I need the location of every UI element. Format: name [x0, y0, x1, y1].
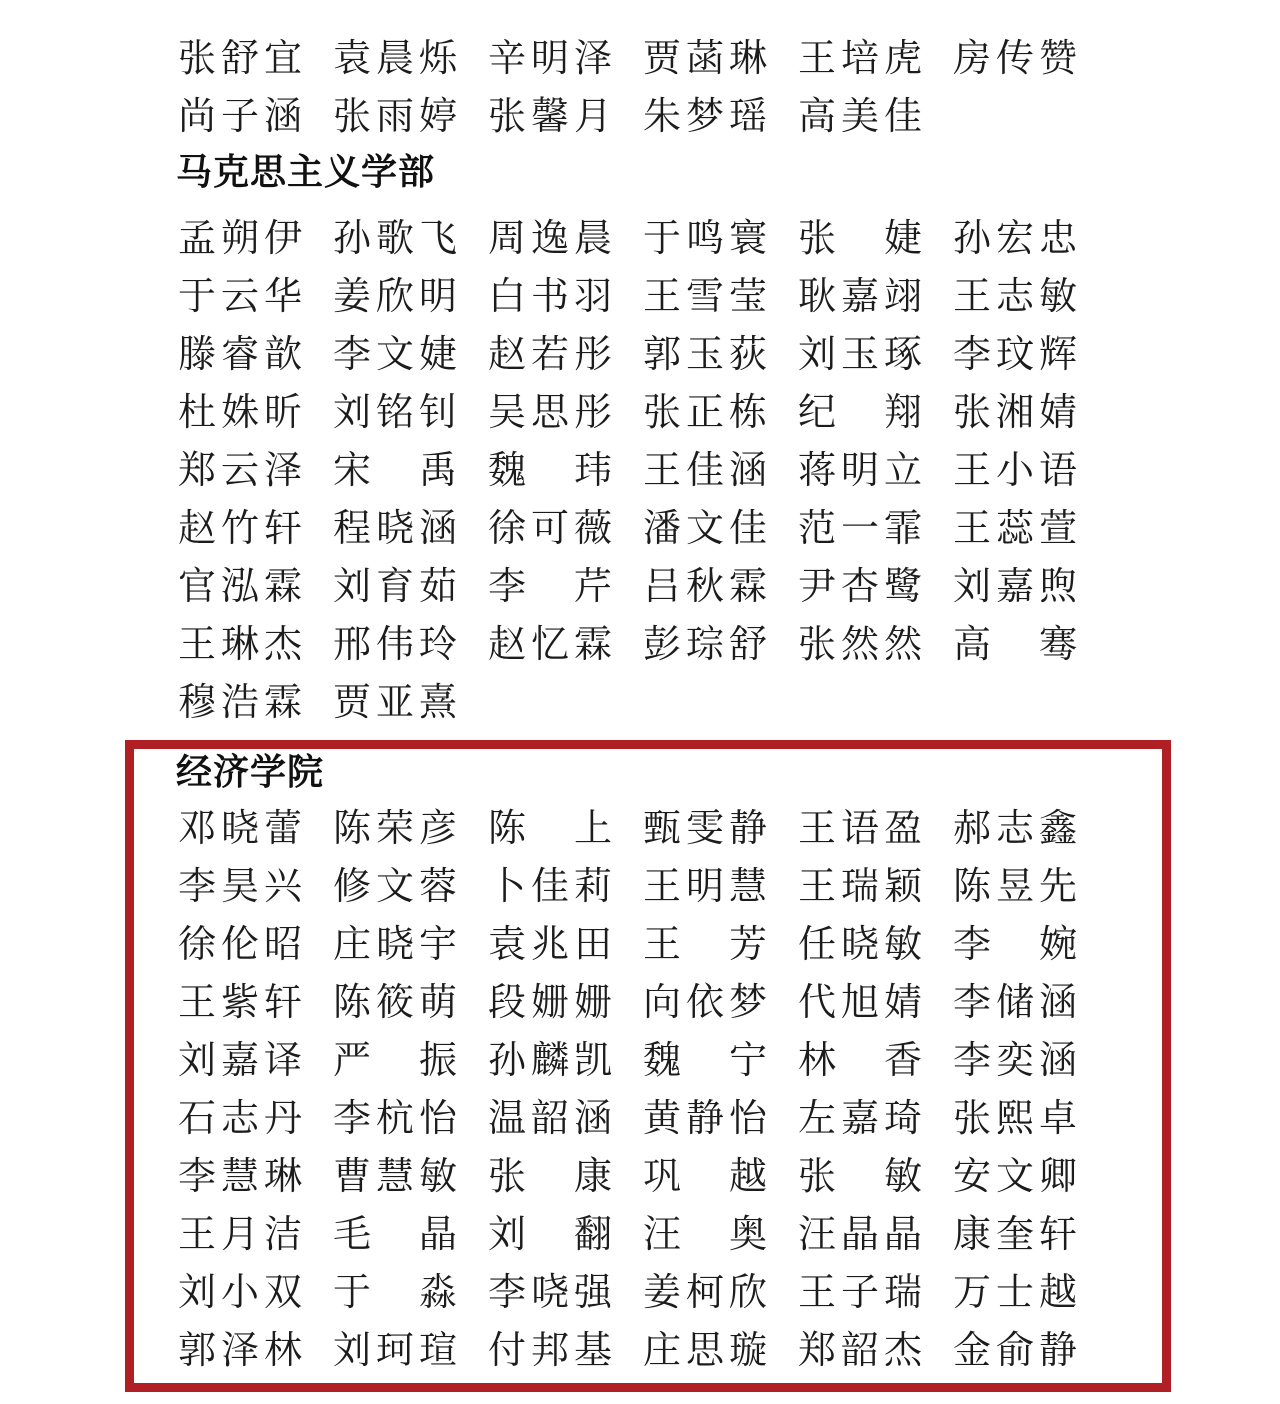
person-name: 周逸晨	[488, 220, 612, 258]
person-name: 尚子涵	[178, 98, 302, 136]
person-name: 康奎轩	[953, 1216, 1077, 1254]
section-heading-marxism-department: 马克思主义学部	[176, 152, 435, 192]
person-name: 黄静怡	[643, 1100, 767, 1138]
person-name: 蒋明立	[798, 452, 922, 490]
person-name: 任晓敏	[798, 926, 922, 964]
person-name: 陈 上	[488, 810, 612, 848]
person-name: 张正栋	[643, 394, 767, 432]
person-name: 耿嘉翊	[798, 278, 922, 316]
person-name: 杜姝昕	[178, 394, 302, 432]
person-name: 陈昱先	[953, 868, 1077, 906]
person-name: 刘玉琢	[798, 336, 922, 374]
person-name: 王志敏	[953, 278, 1077, 316]
person-name: 朱梦瑶	[643, 98, 767, 136]
person-name: 姜柯欣	[643, 1274, 767, 1312]
section-heading-economics-school: 经济学院	[176, 752, 324, 792]
person-name: 纪 翔	[798, 394, 922, 432]
person-name: 代旭婧	[798, 984, 922, 1022]
person-name: 姜欣明	[333, 278, 457, 316]
person-name: 穆浩霖	[178, 684, 302, 722]
person-name: 赵忆霖	[488, 626, 612, 664]
person-name: 孙麟凯	[488, 1042, 612, 1080]
person-name: 李文婕	[333, 336, 457, 374]
person-name: 王紫轩	[178, 984, 302, 1022]
person-name: 陈荣彦	[333, 810, 457, 848]
person-name: 郭泽林	[178, 1332, 302, 1370]
person-name: 徐伦昭	[178, 926, 302, 964]
person-name: 李哓强	[488, 1274, 612, 1312]
person-name: 房传赞	[953, 40, 1077, 78]
person-name: 吴思彤	[488, 394, 612, 432]
person-name: 毛 晶	[333, 1216, 457, 1254]
person-name: 段姗姗	[488, 984, 612, 1022]
person-name: 刘珂瑄	[333, 1332, 457, 1370]
person-name: 郑韶杰	[798, 1332, 922, 1370]
person-name: 高 骞	[953, 626, 1077, 664]
person-name: 王子瑞	[798, 1274, 922, 1312]
person-name: 郭玉荻	[643, 336, 767, 374]
person-name: 于云华	[178, 278, 302, 316]
person-name: 金俞静	[953, 1332, 1077, 1370]
person-name: 李奕涵	[953, 1042, 1077, 1080]
person-name: 刘嘉煦	[953, 568, 1077, 606]
person-name: 袁兆田	[488, 926, 612, 964]
person-name: 张 婕	[798, 220, 922, 258]
person-name: 李杭怡	[333, 1100, 457, 1138]
person-name: 张雨婷	[333, 98, 457, 136]
person-name: 高美佳	[798, 98, 922, 136]
person-name: 汪晶晶	[798, 1216, 922, 1254]
person-name: 郝志鑫	[953, 810, 1077, 848]
person-name: 贾菡琳	[643, 40, 767, 78]
person-name: 郑云泽	[178, 452, 302, 490]
person-name: 彭琮舒	[643, 626, 767, 664]
person-name: 官泓霖	[178, 568, 302, 606]
person-name: 王 芳	[643, 926, 767, 964]
person-name: 王蕊萱	[953, 510, 1077, 548]
person-name: 王培虎	[798, 40, 922, 78]
person-name: 王佳涵	[643, 452, 767, 490]
person-name: 王语盈	[798, 810, 922, 848]
person-name: 王明慧	[643, 868, 767, 906]
person-name: 孙歌飞	[333, 220, 457, 258]
person-name: 刘小双	[178, 1274, 302, 1312]
person-name: 石志丹	[178, 1100, 302, 1138]
person-name: 潘文佳	[643, 510, 767, 548]
person-name: 赵若彤	[488, 336, 612, 374]
person-name: 滕睿歆	[178, 336, 302, 374]
person-name: 魏 玮	[488, 452, 612, 490]
person-name: 左嘉琦	[798, 1100, 922, 1138]
person-name: 温韶涵	[488, 1100, 612, 1138]
person-name: 刘育茹	[333, 568, 457, 606]
person-name: 修文蓉	[333, 868, 457, 906]
person-name: 刘嘉译	[178, 1042, 302, 1080]
person-name: 宋 禹	[333, 452, 457, 490]
person-name: 贾亚熹	[333, 684, 457, 722]
person-name: 辛明泽	[488, 40, 612, 78]
person-name: 张湘婧	[953, 394, 1077, 432]
person-name: 卜佳莉	[488, 868, 612, 906]
person-name: 王雪莹	[643, 278, 767, 316]
person-name: 陈筱萌	[333, 984, 457, 1022]
person-name: 徐可薇	[488, 510, 612, 548]
person-name: 王小语	[953, 452, 1077, 490]
person-name: 严 振	[333, 1042, 457, 1080]
person-name: 刘 翻	[488, 1216, 612, 1254]
person-name: 安文卿	[953, 1158, 1077, 1196]
person-name: 白书羽	[488, 278, 612, 316]
person-name: 王月洁	[178, 1216, 302, 1254]
person-name: 吕秋霖	[643, 568, 767, 606]
person-name: 李储涵	[953, 984, 1077, 1022]
person-name: 向依梦	[643, 984, 767, 1022]
person-name: 魏 宁	[643, 1042, 767, 1080]
person-name: 张 敏	[798, 1158, 922, 1196]
person-name: 曹慧敏	[333, 1158, 457, 1196]
person-name: 袁晨烁	[333, 40, 457, 78]
person-name: 林 香	[798, 1042, 922, 1080]
person-name: 万士越	[953, 1274, 1077, 1312]
names-grid-marxism-department: 孟朔伊孙歌飞周逸晨于鸣寰张 婕孙宏忠于云华姜欣明白书羽王雪莹耿嘉翊王志敏滕睿歆李…	[178, 220, 1077, 722]
names-grid-economics-school: 邓晓蕾陈荣彦陈 上甄雯静王语盈郝志鑫李昊兴修文蓉卜佳莉王明慧王瑞颖陈昱先徐伦昭庄…	[178, 810, 1077, 1370]
person-name: 李慧琳	[178, 1158, 302, 1196]
person-name: 范一霏	[798, 510, 922, 548]
person-name: 汪 奥	[643, 1216, 767, 1254]
person-name: 张熙卓	[953, 1100, 1077, 1138]
person-name: 甄雯静	[643, 810, 767, 848]
person-name: 李昊兴	[178, 868, 302, 906]
person-name: 张 康	[488, 1158, 612, 1196]
document-page: 张舒宜袁晨烁辛明泽贾菡琳王培虎房传赞尚子涵张雨婷张馨月朱梦瑶高美佳 马克思主义学…	[0, 0, 1280, 1404]
person-name: 于 淼	[333, 1274, 457, 1312]
person-name: 张然然	[798, 626, 922, 664]
person-name: 尹杏鹭	[798, 568, 922, 606]
person-name: 孟朔伊	[178, 220, 302, 258]
person-name: 邢伟玲	[333, 626, 457, 664]
person-name: 刘铭钊	[333, 394, 457, 432]
person-name: 孙宏忠	[953, 220, 1077, 258]
person-name: 李 婉	[953, 926, 1077, 964]
person-name: 邓晓蕾	[178, 810, 302, 848]
person-name: 张馨月	[488, 98, 612, 136]
person-name: 程晓涵	[333, 510, 457, 548]
person-name: 于鸣寰	[643, 220, 767, 258]
person-name: 赵竹轩	[178, 510, 302, 548]
person-name: 李 芹	[488, 568, 612, 606]
person-name: 王琳杰	[178, 626, 302, 664]
person-name: 张舒宜	[178, 40, 302, 78]
person-name: 李玟辉	[953, 336, 1077, 374]
person-name: 付邦基	[488, 1332, 612, 1370]
person-name: 庄晓宇	[333, 926, 457, 964]
person-name: 巩 越	[643, 1158, 767, 1196]
names-grid-continuation: 张舒宜袁晨烁辛明泽贾菡琳王培虎房传赞尚子涵张雨婷张馨月朱梦瑶高美佳	[178, 40, 1077, 136]
person-name: 王瑞颖	[798, 868, 922, 906]
person-name: 庄思璇	[643, 1332, 767, 1370]
